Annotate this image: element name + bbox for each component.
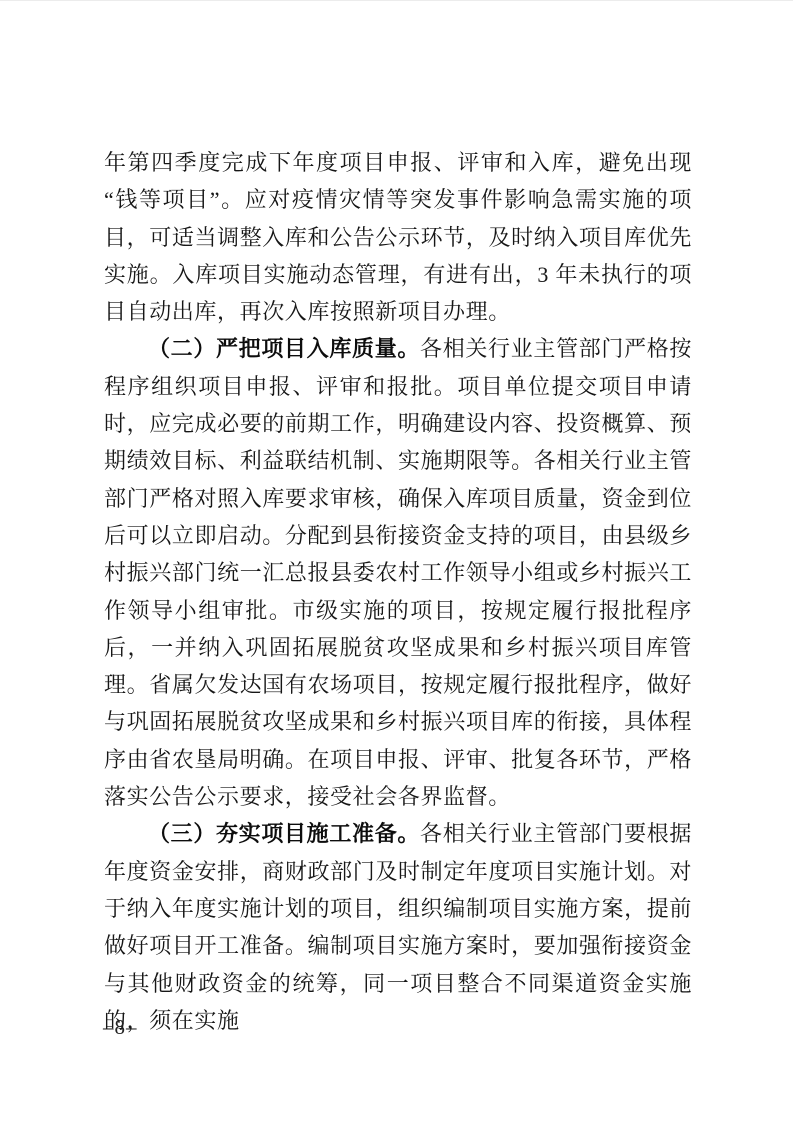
paragraph-section-3: （三）夯实项目施工准备。各相关行业主管部门要根据年度资金安排，商财政部门及时制定… [104,815,692,1039]
paragraph-continuation: 年第四季度完成下年度项目申报、评审和入库，避免出现“钱等项目”。应对疫情灾情等突… [104,144,692,330]
paragraph-continuation-text: 年第四季度完成下年度项目申报、评审和入库，避免出现“钱等项目”。应对疫情灾情等突… [104,150,692,324]
section-3-heading: （三）夯实项目施工准备。 [148,821,420,846]
document-body: 年第四季度完成下年度项目申报、评审和入库，避免出现“钱等项目”。应对疫情灾情等突… [104,144,692,1039]
paragraph-section-2: （二）严把项目入库质量。各相关行业主管部门严格按程序组织项目申报、评审和报批。项… [104,330,692,815]
document-page: 年第四季度完成下年度项目申报、评审和入库，避免出现“钱等项目”。应对疫情灾情等突… [0,0,793,1122]
section-2-text: 各相关行业主管部门严格按程序组织项目申报、评审和报批。项目单位提交项目申请时，应… [104,336,692,809]
section-2-heading: （二）严把项目入库质量。 [148,336,420,361]
section-3-text: 各相关行业主管部门要根据年度资金安排，商财政部门及时制定年度项目实施计划。对于纳… [104,821,692,1032]
page-number: –8– [103,1015,138,1040]
